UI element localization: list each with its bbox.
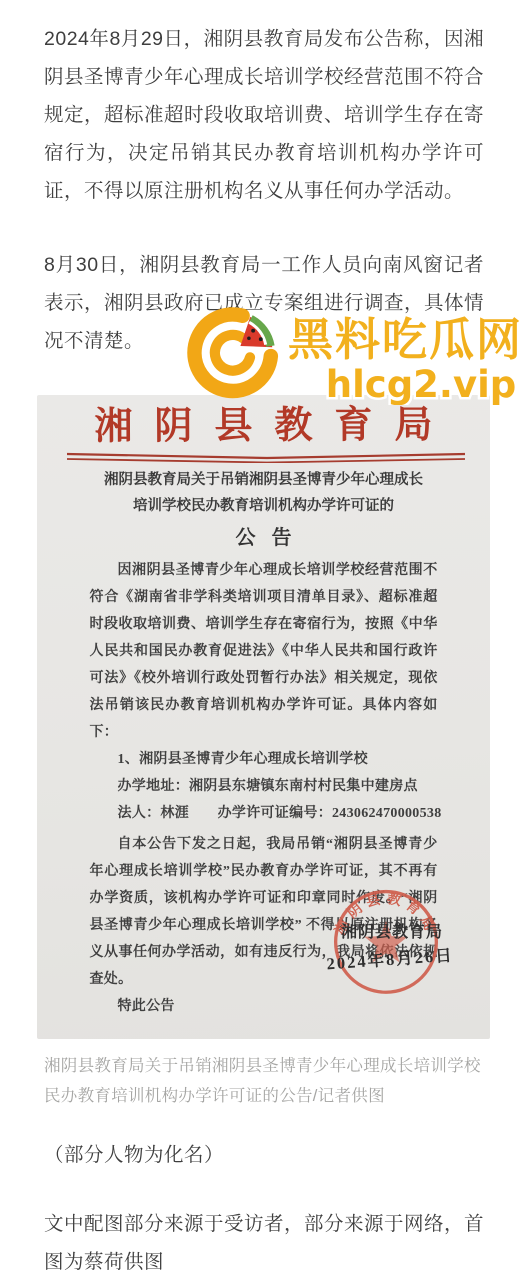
article-paragraph-1: 2024年8月29日，湘阴县教育局发布公告称，因湘阴县圣博青少年心理成长培训学校… xyxy=(44,0,484,210)
doc-subtitle: 公告 xyxy=(37,523,490,553)
article-paragraph-2: 8月30日，湘阴县教育局一工作人员向南风窗记者表示，湘阴县政府已成立专案组进行调… xyxy=(44,246,484,360)
doc-title: 湘阴县教育局关于吊销湘阴县圣博青少年心理成长 培训学校民办教育培训机构办学许可证… xyxy=(74,467,454,519)
image-credit-note: 文中配图部分来源于受访者，部分来源于网络，首图为蔡荷供图 xyxy=(44,1205,484,1280)
doc-signature: 湘阴县教育局 xyxy=(331,919,453,942)
doc-signature-space xyxy=(37,1020,490,1039)
pseudonym-note: （部分人物为化名） xyxy=(44,1136,484,1174)
notice-document-photo: 湘阴县教育局 湘阴县教育局关于吊销湘阴县圣博青少年心理成长 培训学校民办教育培训… xyxy=(37,395,490,1039)
doc-address-line: 办学地址：湘阴县东塘镇东南村村民集中建房点 xyxy=(90,773,438,800)
doc-legal-line: 法人：林涯 办学许可证编号：243062470000538 xyxy=(90,800,438,827)
doc-title-line2: 培训学校民办教育培训机构办学许可证的 xyxy=(74,493,454,519)
article-page: 2024年8月29日，湘阴县教育局发布公告称，因湘阴县圣博青少年心理成长培训学校… xyxy=(0,0,528,1280)
doc-header-rule xyxy=(67,451,465,463)
photo-caption: 湘阴县教育局关于吊销湘阴县圣博青少年心理成长培训学校民办教育培训机构办学许可证的… xyxy=(44,1052,484,1111)
doc-agency-header: 湘阴县教育局 xyxy=(37,402,490,450)
doc-body-paragraph-1: 因湘阴县圣博青少年心理成长培训学校经营范围不符合《湖南省非学科类培训项目清单目录… xyxy=(90,557,438,746)
doc-closing: 特此公告 xyxy=(90,993,438,1020)
doc-item-1: 1、湘阴县圣博青少年心理成长培训学校 xyxy=(90,746,438,773)
doc-title-line1: 湘阴县教育局关于吊销湘阴县圣博青少年心理成长 xyxy=(74,467,454,493)
